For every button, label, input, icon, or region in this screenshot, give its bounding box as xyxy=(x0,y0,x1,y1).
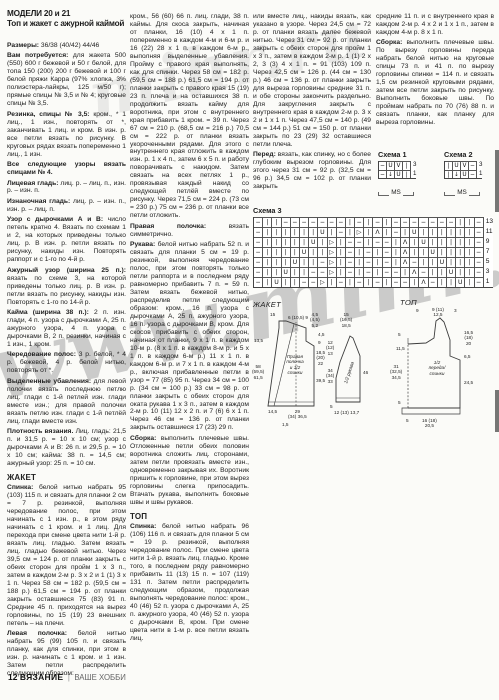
chart-cell: | xyxy=(291,227,300,237)
chart-cell: − xyxy=(475,277,484,287)
chart-cell: U xyxy=(438,257,447,267)
paragraph: Спинка: белой нитью набрать 95 (103) 115… xyxy=(7,484,126,627)
chart-cell: | xyxy=(447,257,456,267)
chart-cell: | xyxy=(438,277,447,287)
chart-cell: − xyxy=(438,217,447,227)
chart-cell: − xyxy=(410,217,419,227)
chart-cell: | xyxy=(346,217,355,227)
chart-row-number: 1 xyxy=(479,170,482,177)
chart-row: |UV−3 xyxy=(445,161,482,170)
chart-cell: − xyxy=(346,267,355,277)
chart-cell: V xyxy=(461,161,469,170)
text-column-4: средние 11 п. и с внутреннего края в каж… xyxy=(376,13,494,130)
chart-cell: − xyxy=(346,237,355,247)
text-column-1: Размеры: 36/38 (40/42) 44/46Вам потребуе… xyxy=(7,42,126,681)
scan-artifact xyxy=(495,390,499,432)
chart-cell: | xyxy=(403,170,411,179)
chart-cell: | xyxy=(282,257,291,267)
paragraph: Выделенные убавления: для левой полочки … xyxy=(7,378,126,426)
chart-cell: | xyxy=(438,247,447,257)
chart-cell: | xyxy=(337,267,346,277)
paragraph: Сборка: выполнить плечевые швы. По вырез… xyxy=(376,39,494,127)
chart-cell: | xyxy=(364,217,373,227)
chart-cell: | xyxy=(263,217,272,227)
chart-cell: | xyxy=(456,237,465,247)
chart-cell: | xyxy=(373,257,382,267)
chart-row: −||||U||▷|−|−|−|Λ||U||||−7 xyxy=(254,247,493,257)
scan-artifact xyxy=(495,150,499,212)
paragraph: Чередование полос: 3 р. белой, * 4 р. бе… xyxy=(7,351,126,375)
chart-cell: − xyxy=(318,257,327,267)
chart-row-number: 7 xyxy=(486,248,490,255)
chart-cell: − xyxy=(373,277,382,287)
chart-cell: − xyxy=(429,217,438,227)
chart-cell: | xyxy=(346,227,355,237)
chart-cell: − xyxy=(300,277,309,287)
chart-cell: | xyxy=(337,247,346,257)
chart-cell: | xyxy=(447,227,456,237)
chart-cell: | xyxy=(309,247,318,257)
measurement-label: 3 xyxy=(454,308,457,313)
chart-cell: − xyxy=(309,277,318,287)
chart-cell: − xyxy=(410,257,419,267)
schema1-chart: −UV|3−↓U|1MS xyxy=(378,161,416,196)
chart-repeat-marker: MS xyxy=(444,190,480,196)
models-name: Топ и жакет с ажурной каймой xyxy=(7,19,127,29)
measurement-label: 5 xyxy=(398,400,401,405)
chart-cell: | xyxy=(383,277,392,287)
chart-cell: ↓ xyxy=(453,170,461,179)
section-heading: ТОП xyxy=(130,512,249,522)
paragraph: Размеры: 36/38 (40/42) 44/46 xyxy=(7,42,126,50)
measurement-label: 46 xyxy=(363,370,368,375)
chart-cell: U xyxy=(453,161,461,170)
chart-cell: | xyxy=(364,277,373,287)
chart-cell: | xyxy=(263,277,272,287)
chart-cell: | xyxy=(309,227,318,237)
text-column-3: или вместе лиц., накиды вязать, как указ… xyxy=(253,13,371,193)
measurement-label: 34 (34) 33 xyxy=(326,368,334,384)
chart-cell: | xyxy=(282,237,291,247)
chart-cell: U xyxy=(456,277,465,287)
measurement-label: 11,5 xyxy=(396,346,405,351)
chart-cell: | xyxy=(364,227,373,237)
measurement-label: 31 (32,5) 34,5 xyxy=(390,364,402,380)
chart-cell: − xyxy=(469,170,477,179)
measurement-label: 24,5 xyxy=(464,380,473,385)
chart-cell: − xyxy=(300,217,309,227)
chart-cell: | xyxy=(456,217,465,227)
chart-cell: ▷ xyxy=(355,227,364,237)
knitting-chart-grid: −UV|3−↓U|1 xyxy=(378,161,416,179)
chart-cell: | xyxy=(364,237,373,247)
chart-cell: U xyxy=(419,237,428,247)
chart-cell: U xyxy=(410,227,419,237)
measurement-label: 9 xyxy=(416,308,419,313)
chart-cell: − xyxy=(346,247,355,257)
measurement-label: 14,5 xyxy=(268,409,277,414)
chart-cell: − xyxy=(346,257,355,267)
chart-cell: − xyxy=(355,237,364,247)
paragraph: кром., 56 (60) 66 п. лиц. глади, 38 п. к… xyxy=(130,13,249,220)
chart-cell: Λ xyxy=(401,247,410,257)
paragraph: Узор с дырочками А и В: число петель кра… xyxy=(7,216,126,264)
text-column-2: кром., 56 (60) 66 п. лиц. глади, 38 п. к… xyxy=(130,13,249,645)
chart-cell: | xyxy=(456,267,465,277)
chart-cell: | xyxy=(445,161,453,170)
chart-cell: ▷ xyxy=(328,247,337,257)
chart-cell: − xyxy=(254,267,263,277)
chart-cell: | xyxy=(309,257,318,267)
paragraph: Правая полочка: вязать симметрично. xyxy=(130,223,249,239)
chart-row-number: 3 xyxy=(413,161,416,168)
chart-cell: − xyxy=(282,217,291,227)
chart-cell: | xyxy=(465,227,474,237)
chart-cell: | xyxy=(465,247,474,257)
chart-cell: − xyxy=(419,217,428,227)
chart-cell: | xyxy=(282,227,291,237)
chart-cell: | xyxy=(373,267,382,277)
chart-cell: | xyxy=(447,247,456,257)
chart-cell: | xyxy=(419,257,428,267)
paragraph: Резинка, спицы № 3,5: кром., * 1 лиц., 1… xyxy=(7,111,126,159)
chart-cell: − xyxy=(318,267,327,277)
magazine-page: mihr.ru www.mihr.ru МОДЕЛИ 20 и 21 Топ и… xyxy=(0,0,499,700)
chart-cell: | xyxy=(272,237,281,247)
chart-cell: | xyxy=(429,267,438,277)
chart-row: −||||||U|−|▷|Λ|−|U||||||−11 xyxy=(254,227,493,237)
chart-cell: | xyxy=(300,257,309,267)
chart-cell: | xyxy=(465,277,474,287)
chart-cell: − xyxy=(337,227,346,237)
paragraph: Перед: вязать, как спинку, но с более гл… xyxy=(253,151,371,191)
chart-cell: | xyxy=(272,247,281,257)
chart-cell: | xyxy=(337,237,346,247)
chart-cell: | xyxy=(300,227,309,237)
chart-cell: − xyxy=(364,267,373,277)
chart-cell: U xyxy=(395,170,403,179)
chart-cell: U xyxy=(447,267,456,277)
paragraph: Лицевая гладь: лиц. р. – лиц. п., изн. р… xyxy=(7,180,126,196)
chart-cell: U xyxy=(309,237,318,247)
chart-row: |↓U−1 xyxy=(445,170,482,179)
measurement-label: 15 xyxy=(270,312,275,317)
chart-cell: | xyxy=(410,247,419,257)
chart-cell: Λ xyxy=(419,277,428,287)
jacket-diagram: 15 6 (10,5) 9 4,5 (4,5) 5,2 13,5 58 (59,… xyxy=(252,312,374,437)
chart-cell: − xyxy=(355,217,364,227)
chart-cell: ▷ xyxy=(328,257,337,267)
paragraph: Сборка: выполнить плечевые швы. Отложенн… xyxy=(130,435,249,507)
magazine-name: ВЯЗАНИЕ xyxy=(20,672,64,682)
chart-cell: | xyxy=(456,257,465,267)
chart-row: −|U||−−▷|−|−|−|−−|Λ−||U|−1 xyxy=(254,277,493,287)
measurement-label: 6,5 xyxy=(464,354,471,359)
chart-row: −UV|3 xyxy=(379,161,416,170)
chart-cell: | xyxy=(263,267,272,277)
chart-cell: ▷ xyxy=(318,277,327,287)
chart-cell: | xyxy=(282,277,291,287)
chart-row-number: 13 xyxy=(486,218,493,225)
chart-cell: | xyxy=(328,277,337,287)
chart-cell: | xyxy=(410,277,419,287)
chart-cell: | xyxy=(429,257,438,267)
measurement-label: 39,5 xyxy=(316,378,325,383)
schema3-title: Схема 3 xyxy=(253,206,282,215)
chart-cell: | xyxy=(328,227,337,237)
chart-cell: | xyxy=(300,237,309,247)
chart-cell: V xyxy=(395,161,403,170)
measurement-label: 6 (10,5) 9 xyxy=(285,315,311,320)
measurement-label: 18,5 (20) 22 xyxy=(316,350,325,366)
chart-cell: − xyxy=(254,247,263,257)
chart-cell: − xyxy=(401,217,410,227)
paragraph: Рукава: белой нитью набрать 52 п. и связ… xyxy=(130,241,249,432)
chart-cell: − xyxy=(475,247,484,257)
paragraph: Плотность вязания. Лиц. гладь: 21,5 п. и… xyxy=(7,428,126,468)
chart-cell: ▷ xyxy=(328,237,337,247)
measurement-label: 12 (13) 13,7 xyxy=(334,410,359,415)
models-number: МОДЕЛИ 20 и 21 xyxy=(7,9,127,19)
chart-cell: | xyxy=(392,247,401,257)
measurement-label: 16,5 (18) 20 xyxy=(464,330,473,346)
chart-cell: − xyxy=(383,267,392,277)
chart-cell: − xyxy=(475,267,484,277)
chart-row: −|||||U|▷|−−|−−|Λ|U|||||−9 xyxy=(254,237,493,247)
chart-row: −||U||−−▷|−|−|−−|Λ−||U||−3 xyxy=(254,267,493,277)
chart-cell: | xyxy=(373,247,382,257)
chart-cell: − xyxy=(254,277,263,287)
footer-separator: | xyxy=(66,672,72,682)
paragraph: Кайма (ширина 38 п.): 2 п. изн. глади, 4… xyxy=(7,309,126,349)
jacket-diagram-title: ЖАКЕТ xyxy=(253,300,281,309)
chart-cell: | xyxy=(410,237,419,247)
knitting-chart-grid: |UV−3|↓U−1 xyxy=(444,161,482,179)
schema1-title: Схема 1 xyxy=(378,150,407,159)
knitting-chart-grid: −||−−−−−−−|−|−|−−−−−−−||−13−||||||U|−|▷|… xyxy=(253,217,493,288)
chart-cell: U xyxy=(300,247,309,257)
chart-cell: − xyxy=(392,277,401,287)
chart-cell: | xyxy=(300,267,309,277)
chart-cell: | xyxy=(401,267,410,277)
chart-cell: | xyxy=(401,227,410,237)
chart-repeat-marker: MS xyxy=(378,190,414,196)
chart-cell: | xyxy=(263,227,272,237)
page-number: 12 xyxy=(8,672,17,682)
measurement-label: 29 (34) 36,5 xyxy=(288,409,307,420)
chart-row-number: 1 xyxy=(413,170,416,177)
magazine-subtitle: ВАШЕ ХОББИ xyxy=(74,673,126,682)
chart-cell: | xyxy=(438,237,447,247)
chart-cell: − xyxy=(475,217,484,227)
chart-cell: − xyxy=(373,217,382,227)
paragraph: Все следующие узоры вязать спицами № 4. xyxy=(7,161,126,177)
chart-cell: | xyxy=(318,247,327,257)
chart-cell: − xyxy=(379,170,387,179)
paragraph: Спинка: белой нитью набрать 96 (106) 116… xyxy=(130,523,249,643)
chart-cell: − xyxy=(379,161,387,170)
chart-cell: − xyxy=(392,267,401,277)
measurement-label: 5 xyxy=(406,418,409,423)
chart-cell: U xyxy=(387,161,395,170)
paragraph: Вам потребуется: для жакета 500 (550) 60… xyxy=(7,52,126,108)
chart-row-number: 1 xyxy=(486,278,490,285)
chart-cell: | xyxy=(383,217,392,227)
chart-cell: | xyxy=(291,237,300,247)
chart-cell: | xyxy=(263,247,272,257)
paragraph: или вместе лиц., накиды вязать, как указ… xyxy=(253,13,371,148)
chart-cell: − xyxy=(364,257,373,267)
piece-label: Правая полочка и 1/2 спинки xyxy=(280,354,310,375)
chart-cell: − xyxy=(373,237,382,247)
chart-row-number: 11 xyxy=(486,228,493,235)
chart-cell: | xyxy=(355,257,364,267)
chart-cell: − xyxy=(392,227,401,237)
chart-cell: | xyxy=(337,257,346,267)
chart-cell: Λ xyxy=(373,227,382,237)
chart-cell: − xyxy=(383,257,392,267)
chart-cell: | xyxy=(263,237,272,247)
chart-cell: − xyxy=(254,217,263,227)
chart-cell: | xyxy=(403,161,411,170)
chart-cell: − xyxy=(254,257,263,267)
chart-cell: − xyxy=(401,277,410,287)
chart-cell: U xyxy=(291,257,300,267)
measurement-label: 15 (16,5) 18,5 xyxy=(340,312,352,328)
section-heading: ЖАКЕТ xyxy=(7,473,126,483)
measurement-label: 9 (11) 12,5 xyxy=(432,307,444,318)
schema2-chart: |UV−3|↓U−1MS xyxy=(444,161,482,196)
paragraph: средние 11 п. и с внутреннего края в каж… xyxy=(376,13,494,37)
chart-cell: | xyxy=(419,227,428,237)
chart-cell: U xyxy=(318,227,327,237)
chart-cell: − xyxy=(291,217,300,227)
page-footer: 12 ВЯЗАНИЕ | ВАШЕ ХОББИ xyxy=(8,672,126,682)
chart-cell: − xyxy=(254,237,263,247)
chart-cell: U xyxy=(282,267,291,277)
chart-cell: | xyxy=(392,257,401,267)
paragraph: Изнаночная гладь: лиц. р. – изн. п., изн… xyxy=(7,198,126,214)
chart-cell: | xyxy=(438,267,447,277)
chart-cell: | xyxy=(456,247,465,257)
chart-cell: | xyxy=(429,227,438,237)
measurement-label: 9 xyxy=(318,340,321,345)
chart-cell: | xyxy=(272,217,281,227)
chart-row-number: 5 xyxy=(486,258,490,265)
chart-cell: | xyxy=(465,267,474,277)
chart-cell: | xyxy=(272,227,281,237)
chart-row: −|||U||−▷|−|−|−|Λ−||U|||−5 xyxy=(254,257,493,267)
measurement-label: 58 (59,5) 61,5 xyxy=(252,364,264,380)
piece-label: 1/2 переда/ спинки xyxy=(424,360,450,376)
chart-cell: | xyxy=(346,277,355,287)
chart-cell: | xyxy=(355,267,364,277)
chart-cell: | xyxy=(456,227,465,237)
top-diagram: 9 9 (11) 12,5 3 16,5 (18) 20 6,5 24,5 5 … xyxy=(374,308,496,438)
chart-cell: | xyxy=(291,267,300,277)
chart-cell: | xyxy=(392,237,401,247)
chart-cell: ▷ xyxy=(328,267,337,277)
chart-cell: | xyxy=(419,247,428,257)
chart-cell: − xyxy=(383,247,392,257)
chart-cell: − xyxy=(419,267,428,277)
chart-cell: | xyxy=(465,257,474,267)
chart-cell: | xyxy=(445,170,453,179)
measurement-label: 1,5 xyxy=(282,422,289,427)
chart-cell: − xyxy=(355,277,364,287)
chart-cell: Λ xyxy=(401,237,410,247)
chart-cell: | xyxy=(429,237,438,247)
chart-cell: − xyxy=(475,237,484,247)
chart-cell: | xyxy=(465,237,474,247)
chart-cell: − xyxy=(337,277,346,287)
chart-cell: − xyxy=(383,237,392,247)
chart-cell: | xyxy=(272,267,281,277)
chart-cell: | xyxy=(291,247,300,257)
chart-cell: − xyxy=(254,227,263,237)
chart-cell: − xyxy=(309,267,318,277)
measurement-label: 5 xyxy=(330,404,333,409)
chart-cell: | xyxy=(465,217,474,227)
schema2-title: Схема 2 xyxy=(444,150,473,159)
chart-row-number: 9 xyxy=(486,238,490,245)
chart-cell: − xyxy=(318,217,327,227)
chart-cell: | xyxy=(263,257,272,267)
measurement-label: 16 (18) 20,5 xyxy=(422,418,437,429)
chart-cell: − xyxy=(469,161,477,170)
chart-cell: − xyxy=(364,247,373,257)
chart-cell: | xyxy=(318,237,327,247)
chart-cell: U xyxy=(272,277,281,287)
chart-cell: ↓ xyxy=(387,170,395,179)
chart-cell: | xyxy=(447,277,456,287)
chart-cell: Λ xyxy=(401,257,410,267)
schema3-chart: −||−−−−−−−|−|−|−−−−−−−||−13−||||||U|−|▷|… xyxy=(253,217,493,295)
chart-cell: | xyxy=(383,227,392,237)
chart-cell: | xyxy=(272,257,281,267)
chart-cell: | xyxy=(447,237,456,247)
chart-row: −↓U|1 xyxy=(379,170,416,179)
top-diagram-title: ТОП xyxy=(400,298,417,307)
chart-cell: − xyxy=(447,217,456,227)
chart-row: −||−−−−−−−|−|−|−−−−−−−||−13 xyxy=(254,217,493,227)
chart-row-number: 3 xyxy=(479,161,482,168)
chart-cell: − xyxy=(309,217,318,227)
chart-cell: | xyxy=(291,277,300,287)
chart-cell: − xyxy=(475,227,484,237)
measurement-label: 4,5 xyxy=(318,332,325,337)
measurement-label: 13,5 xyxy=(254,338,263,343)
chart-cell: | xyxy=(282,247,291,257)
chart-cell: − xyxy=(392,217,401,227)
chart-cell: | xyxy=(355,247,364,257)
measurement-label: 12 (12) 13 xyxy=(326,340,334,356)
chart-cell: U xyxy=(429,247,438,257)
chart-cell: − xyxy=(328,217,337,227)
chart-cell: Λ xyxy=(410,267,419,277)
chart-cell: U xyxy=(461,170,469,179)
page-title: МОДЕЛИ 20 и 21 Топ и жакет с ажурной кай… xyxy=(7,9,127,30)
jacket-schematic-drawing xyxy=(252,312,374,437)
chart-cell: − xyxy=(429,277,438,287)
chart-cell: − xyxy=(475,257,484,267)
measurement-label: 5 xyxy=(398,332,401,337)
measurement-label: 4,5 (4,5) 5,2 xyxy=(310,312,320,328)
chart-cell: | xyxy=(438,227,447,237)
chart-row-number: 3 xyxy=(486,268,490,275)
paragraph: Ажурный узор (ширина 25 п.): вязать по с… xyxy=(7,267,126,307)
chart-cell: − xyxy=(337,217,346,227)
